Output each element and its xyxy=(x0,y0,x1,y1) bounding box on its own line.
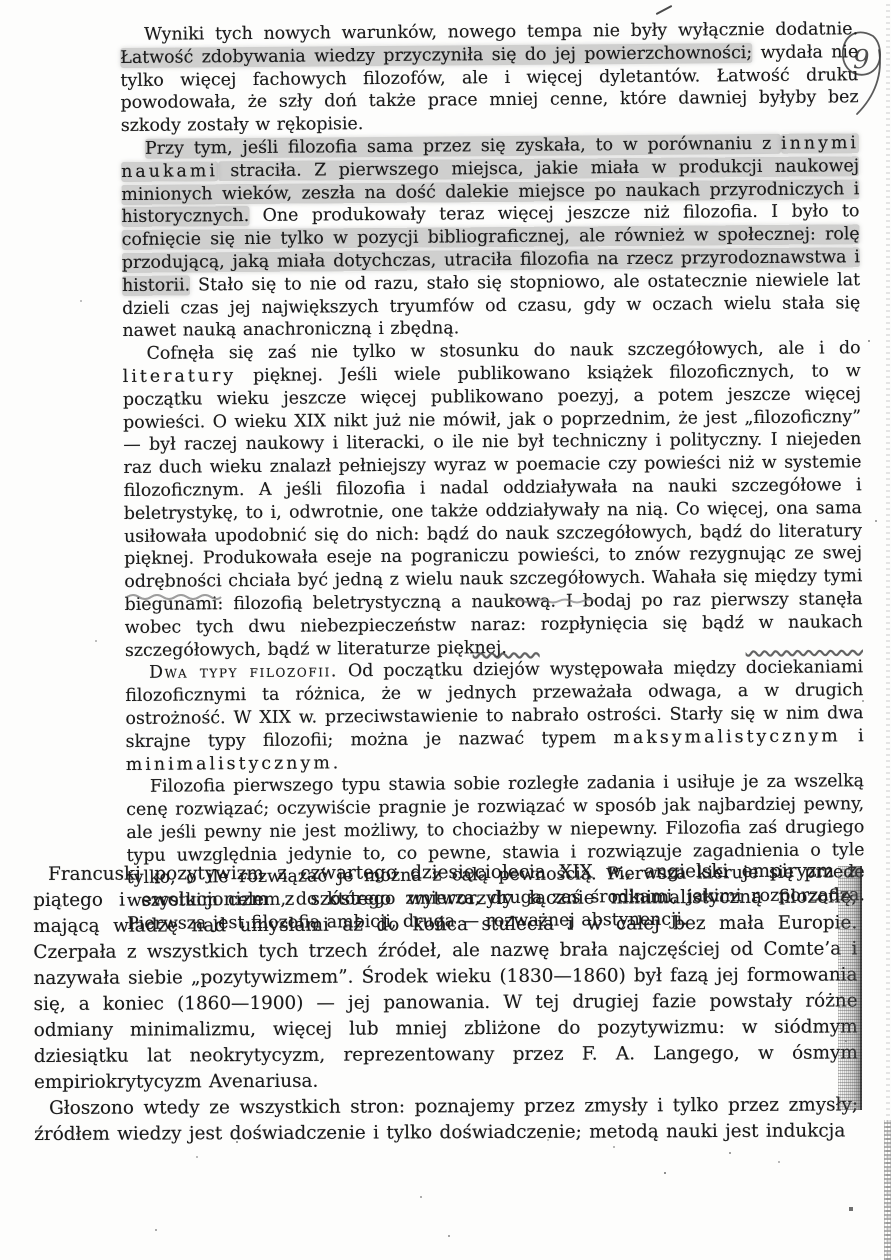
text-run: Wyniki tych nowych warunków, nowego temp… xyxy=(144,19,858,45)
emphasized-spaced-text: literatury xyxy=(123,366,237,387)
paragraph: Wyniki tych nowych warunków, nowego temp… xyxy=(120,18,859,138)
margin-squiggle xyxy=(126,592,222,602)
text-run: Od początku xyxy=(338,661,473,682)
text-run: występowała między xyxy=(540,658,746,680)
paragraph: Francuski pozytywizm z czwartego dziesię… xyxy=(33,858,858,1096)
text-run: Stało się to nie od razu, stało się stop… xyxy=(122,270,860,341)
paragraph: Głoszono wtedy ze wszystkich stron: pozn… xyxy=(34,1092,858,1148)
pencil-smudged-word: dociekaniami xyxy=(746,657,863,678)
margin-squiggle xyxy=(510,596,596,606)
paragraph: Dwa typy filozofii. Od początku dziejów … xyxy=(125,656,864,776)
text-run: Francuski pozytywizm z czwartego dziesię… xyxy=(33,860,858,1093)
pen-slash-mark xyxy=(656,5,673,15)
emphasized-spaced-text: minimalistycznym. xyxy=(126,753,342,775)
paragraph: Przy tym, jeśli filozofia sama przez się… xyxy=(121,132,861,343)
pencil-smudged-word: dziejów xyxy=(473,660,540,681)
text-run: One produkowały teraz więcej jeszcze niż… xyxy=(249,202,859,227)
text-run: i xyxy=(841,726,864,746)
marker-highlight: Łatwość zdobywania wiedzy przyczyniła si… xyxy=(120,43,752,68)
paragraph: Cofnęła się zaś nie tylko w stosunku do … xyxy=(123,337,863,662)
scan-edge-noise xyxy=(884,1120,891,1260)
section-heading: Dwa typy filozofii. xyxy=(149,662,338,683)
text-run: pięknej. Jeśli wiele publikowano książek… xyxy=(123,361,863,660)
scanned-book-page: 9 Wyniki tych nowych warunków, nowego te… xyxy=(0,0,891,1260)
top-text-block: Wyniki tych nowych warunków, nowego temp… xyxy=(120,18,865,936)
scan-specks xyxy=(0,0,2,2)
text-run: Głoszono wtedy ze wszystkich stron: pozn… xyxy=(34,1094,858,1145)
wide-text-block: Francuski pozytywizm z czwartego dziesię… xyxy=(33,858,858,1148)
text-run: Cofnęła się zaś nie tylko w stosunku do … xyxy=(147,338,861,364)
scan-edge-dots xyxy=(886,0,890,1260)
marker-highlight: Przy tym, jeśli filozofia sama przez się… xyxy=(145,134,781,159)
emphasized-spaced-text: maksymalistycznym xyxy=(613,726,840,748)
scan-noise-band xyxy=(838,866,862,1110)
